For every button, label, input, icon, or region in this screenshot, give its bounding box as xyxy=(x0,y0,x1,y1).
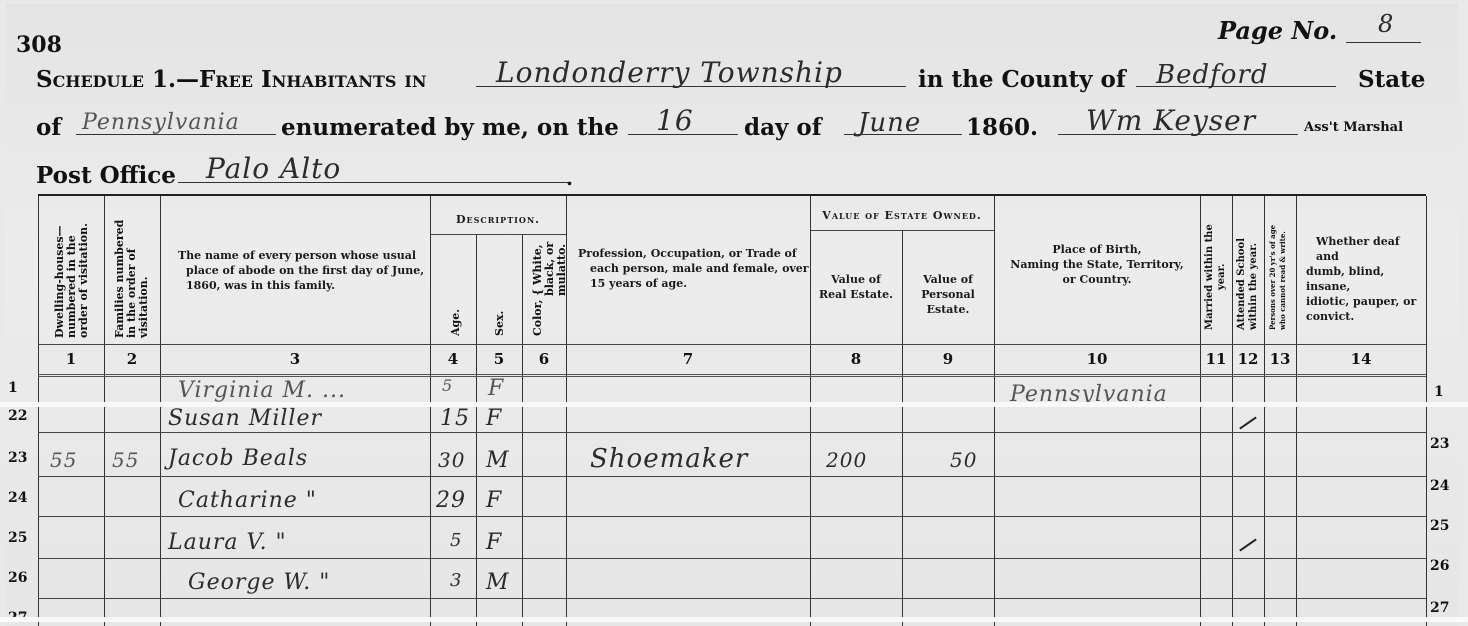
header-line: visitation. xyxy=(138,220,150,338)
header-line: Value of xyxy=(810,272,902,287)
description-header: Description. xyxy=(430,212,566,227)
col-number: 2 xyxy=(104,350,160,368)
header-line: Real Estate. xyxy=(810,287,902,302)
row-22-name: Susan Miller xyxy=(168,406,322,431)
row-1-name: Virginia M. ... xyxy=(178,378,346,403)
col-married-header: Married within the year. xyxy=(1204,224,1228,330)
header-line: place of abode on the first day of June, xyxy=(178,263,428,278)
right-row-number: 27 xyxy=(1430,600,1449,616)
row-23-personal-estate: 50 xyxy=(950,448,977,472)
row-26-name: George W. " xyxy=(188,570,330,595)
header-line: dumb, blind, insane, xyxy=(1306,264,1424,294)
county-value: Bedford xyxy=(1156,60,1269,90)
header-line: order of visitation. xyxy=(78,223,90,338)
row-26-sex: M xyxy=(486,570,510,595)
col-number: 7 xyxy=(566,350,810,368)
row-25-school-mark xyxy=(1239,538,1257,551)
page-number-value: 8 xyxy=(1378,10,1394,38)
col-color-header: Color, { White, black, or mulatto. xyxy=(532,242,568,336)
header-line: within the year. xyxy=(1248,238,1260,330)
row-25-name: Laura V. " xyxy=(168,530,287,555)
col-school-header: Attended School within the year. xyxy=(1236,238,1260,330)
page-number-line xyxy=(1346,42,1421,43)
image-splice-gap xyxy=(0,617,1468,622)
schedule-label: Schedule 1.—Free Inhabitants in xyxy=(36,66,427,93)
row-23-family: 55 xyxy=(112,448,139,472)
post-office-period: . xyxy=(566,166,573,190)
col-personal-estate-header: Value of Personal Estate. xyxy=(902,272,994,317)
col-infirmity-header: Whether deaf and dumb, blind, insane, id… xyxy=(1306,234,1424,324)
row-23-dwelling: 55 xyxy=(50,448,77,472)
col-number: 10 xyxy=(994,350,1200,368)
row-22-age: 15 xyxy=(440,406,470,431)
header-line: year. xyxy=(1216,224,1228,330)
row-23-sex: M xyxy=(486,448,510,473)
header-line: Place of Birth, xyxy=(994,242,1200,257)
right-row-number: 24 xyxy=(1430,478,1449,494)
right-row-number: 1 xyxy=(1434,384,1444,400)
right-row-number: 23 xyxy=(1430,436,1449,452)
header-line: Naming the State, Territory, xyxy=(994,257,1200,272)
census-table: Dwelling-houses— numbered in the order o… xyxy=(38,194,1426,626)
row-1-sex: F xyxy=(488,376,504,401)
header-line: 1860, was in this family. xyxy=(178,278,428,293)
col-number: 11 xyxy=(1200,350,1232,368)
row-number: 22 xyxy=(8,408,27,424)
header-line: each person, male and female, over xyxy=(578,261,810,276)
header-line: mulatto. xyxy=(556,242,568,336)
col-number: 13 xyxy=(1264,350,1296,368)
header-line: Attended School xyxy=(1236,238,1248,330)
image-splice-gap xyxy=(0,402,1468,407)
post-office-label: Post Office xyxy=(36,162,176,189)
row-23-name: Jacob Beals xyxy=(168,446,308,471)
row-24-age: 29 xyxy=(436,488,466,513)
page-number-label: Page No. xyxy=(1218,16,1337,45)
day-value: 16 xyxy=(656,104,694,137)
header-line: idiotic, pauper, or xyxy=(1306,294,1424,309)
row-25-sex: F xyxy=(486,530,502,555)
header-line: or Country. xyxy=(994,272,1200,287)
row-23-occupation: Shoemaker xyxy=(590,444,748,474)
row-23-real-estate: 200 xyxy=(826,448,867,472)
col-birthplace-header: Place of Birth, Naming the State, Territ… xyxy=(994,242,1200,287)
marshal-label: Ass't Marshal xyxy=(1304,120,1403,135)
header-line: Persons over 20 yr's of age xyxy=(1268,225,1278,330)
row-22-sex: F xyxy=(486,406,502,431)
sheet-number: 308 xyxy=(16,32,62,58)
census-page: 308 Page No. 8 Schedule 1.—Free Inhabita… xyxy=(6,4,1458,626)
col-number: 4 xyxy=(430,350,476,368)
year-label: 1860. xyxy=(966,114,1038,141)
row-number: 23 xyxy=(8,450,27,466)
of-label: of xyxy=(36,114,61,141)
row-1-age: 5 xyxy=(442,376,453,395)
row-24-sex: F xyxy=(486,488,502,513)
header-line: 15 years of age. xyxy=(578,276,810,291)
col-number: 3 xyxy=(160,350,430,368)
header-line: Married within the xyxy=(1204,224,1216,330)
month-value: June xyxy=(858,108,921,138)
state-label: State xyxy=(1358,66,1425,93)
header-line: Whether deaf and xyxy=(1306,234,1424,264)
col-number: 6 xyxy=(522,350,566,368)
row-26-age: 3 xyxy=(450,570,462,591)
enumerated-label: enumerated by me, on the xyxy=(281,114,619,141)
col-age-header: Age. xyxy=(450,309,462,336)
col-occupation-header: Profession, Occupation, or Trade of each… xyxy=(578,246,810,291)
row-number: 26 xyxy=(8,570,27,586)
col-sex-header: Sex. xyxy=(494,311,506,336)
row-23-age: 30 xyxy=(438,448,465,472)
day-of-label: day of xyxy=(744,114,822,141)
marshal-name: Wm Keyser xyxy=(1086,104,1256,137)
header-line: convict. xyxy=(1306,309,1424,324)
right-row-number: 26 xyxy=(1430,558,1449,574)
header-line: Personal xyxy=(902,287,994,302)
township-value: Londonderry Township xyxy=(496,56,843,89)
col-number: 9 xyxy=(902,350,994,368)
row-22-school-mark xyxy=(1239,416,1257,429)
schedule-title: Schedule 1.—Free Inhabitants in xyxy=(36,66,427,93)
estate-header: Value of Estate Owned. xyxy=(810,208,994,223)
col-number: 14 xyxy=(1296,350,1426,368)
col-real-estate-header: Value of Real Estate. xyxy=(810,272,902,302)
col-number: 1 xyxy=(38,350,104,368)
col-number: 5 xyxy=(476,350,522,368)
state-value: Pennsylvania xyxy=(82,110,240,135)
page-label-text: Page No. xyxy=(1218,16,1337,45)
row-24-name: Catharine " xyxy=(178,488,317,513)
header-line: Estate. xyxy=(902,302,994,317)
header-line: The name of every person whose usual xyxy=(178,248,428,263)
col-illiterate-header: Persons over 20 yr's of age who cannot r… xyxy=(1268,225,1288,330)
row-number: 24 xyxy=(8,490,27,506)
row-number: 1 xyxy=(8,380,18,396)
row-25-age: 5 xyxy=(450,530,462,551)
header-line: Value of xyxy=(902,272,994,287)
col-family-header: Families numbered in the order of visita… xyxy=(114,220,150,338)
header-line: who cannot read & write. xyxy=(1278,225,1288,330)
row-number: 25 xyxy=(8,530,27,546)
col-number: 12 xyxy=(1232,350,1264,368)
right-row-number: 25 xyxy=(1430,518,1449,534)
post-office-value: Palo Alto xyxy=(206,152,341,185)
county-label: in the County of xyxy=(918,66,1126,93)
col-dwelling-header: Dwelling-houses— numbered in the order o… xyxy=(54,223,90,338)
header-line: Profession, Occupation, or Trade of xyxy=(578,246,810,261)
col-name-header: The name of every person whose usual pla… xyxy=(178,248,428,293)
col-number: 8 xyxy=(810,350,902,368)
